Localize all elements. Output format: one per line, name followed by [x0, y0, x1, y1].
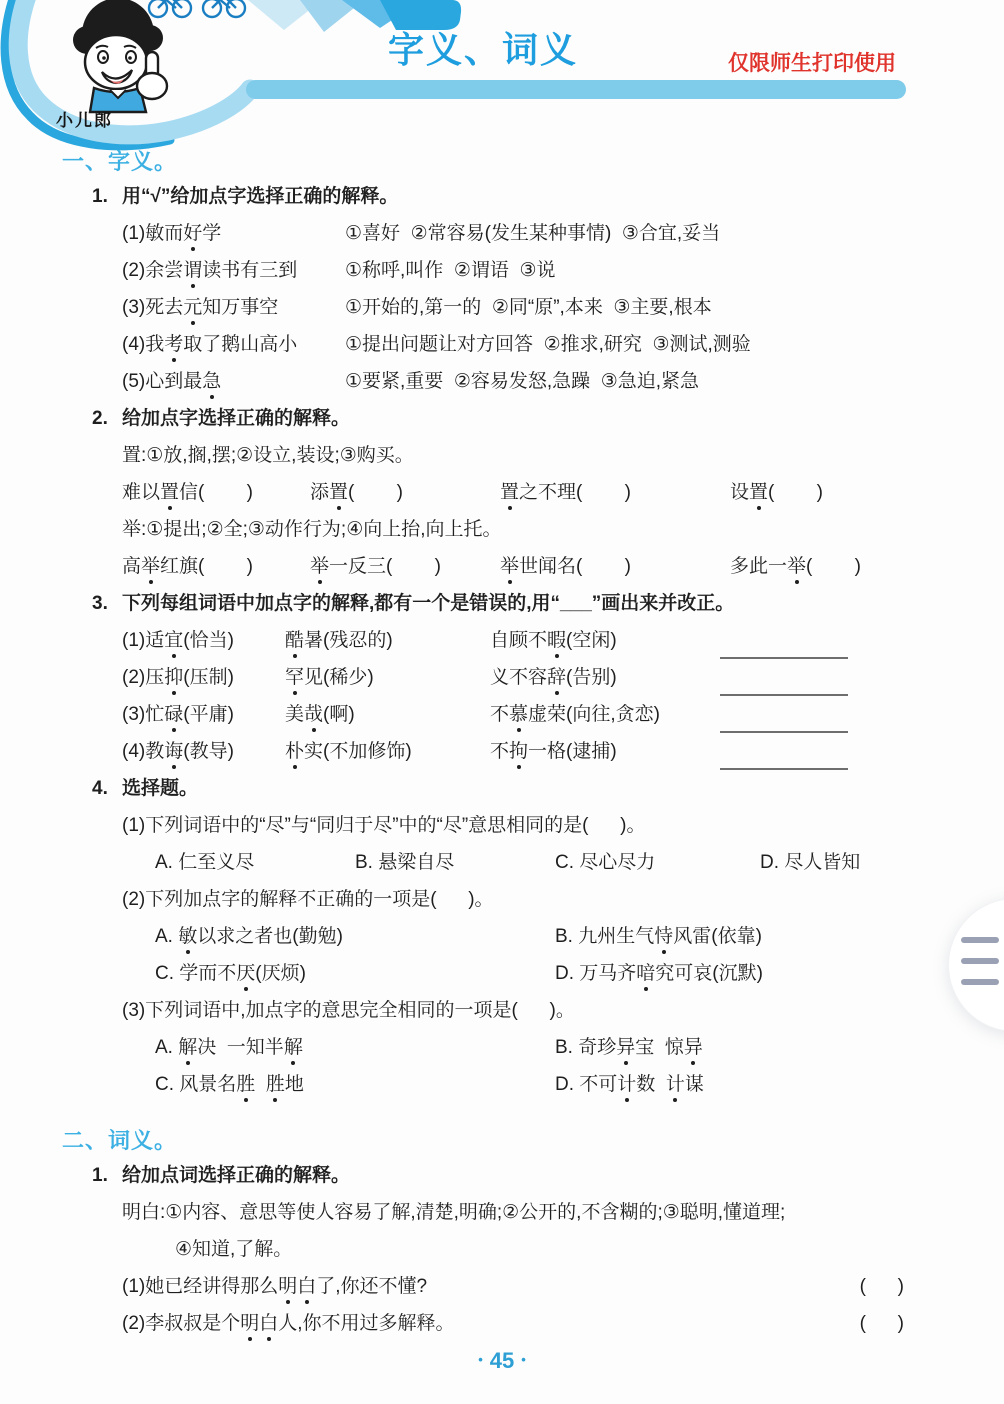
word-with-note: (2)压抑(压制): [122, 659, 285, 696]
emphasized-char: 解: [284, 1037, 303, 1058]
error-correction-row: (1)适宜(恰当)酷暑(残忍的)自顾不暇(空闲): [62, 622, 910, 659]
emphasized-char: 异: [616, 1037, 635, 1058]
emphasized-char: 辞: [547, 667, 566, 688]
definition-line: ④知道,了解。: [62, 1231, 910, 1268]
bicycle-icon: [149, 0, 245, 17]
exercise-item-row: (1)敏而好学①喜好 ②常容易(发生某种事情) ③合宜,妥当: [62, 215, 910, 252]
choice-options-row: C. 学而不厌(厌烦)D. 万马齐喑究可哀(沉默): [62, 955, 910, 992]
emphasized-char: 抑: [164, 667, 183, 688]
word-text: 举世闻名: [500, 556, 576, 577]
emphasized-char: 喑: [636, 963, 655, 984]
choice-question-stem: (2)下列加点字的解释不正确的一项是( )。: [62, 881, 910, 918]
answer-parentheses: ( ): [576, 556, 631, 577]
q3-item-list: (1)适宜(恰当)酷暑(残忍的)自顾不暇(空闲)(2)压抑(压制)罕见(稀少)义…: [62, 622, 910, 770]
question-title: 1.给加点词选择正确的解释。: [62, 1157, 910, 1194]
emphasized-char: 碌: [164, 704, 183, 725]
item-phrase: (5)心到最急: [122, 363, 345, 400]
answer-parentheses: ( ): [860, 1268, 904, 1305]
question-text: 给加点词选择正确的解释。: [122, 1157, 910, 1194]
correction-blank-line: [720, 626, 848, 659]
definition-line: 举:①提出;②全;③动作行为;④向上抬,向上托。: [62, 511, 910, 548]
answer-parentheses: ( ): [860, 1305, 904, 1342]
worksheet-page: 字义、词义 仅限师生打印使用 小儿郎 一、字义。 1.用“√”给加点字选择正确的…: [0, 0, 1004, 1404]
definition-line: 明白:①内容、意思等使人容易了解,清楚,明确;②公开的,不含糊的;③聪明,懂道理…: [62, 1194, 910, 1231]
choice-question-stem: (3)下列词语中,加点字的意思完全相同的一项是( )。: [62, 992, 910, 1029]
word-with-note: 不慕虚荣(向往,贪恋): [490, 696, 720, 733]
word-with-note: 美哉(啊): [285, 696, 490, 733]
emphasized-char: 厌: [236, 963, 255, 984]
emphasized-char: 考: [164, 334, 183, 355]
sentence-list: (1)她已经讲得那么明白了,你还不懂?( )(2)李叔叔是个明白人,你不用过多解…: [62, 1268, 910, 1342]
answer-parentheses: ( ): [806, 556, 861, 577]
emphasized-char: 举: [141, 556, 160, 577]
word-text: 添置: [310, 482, 348, 503]
emphasized-char: 酷: [285, 630, 304, 651]
question-number: 3.: [92, 585, 122, 622]
emphasized-char: 朴: [285, 741, 304, 762]
word-with-note: 自顾不暇(空闲): [490, 622, 720, 659]
section-heading: 二、词义。: [62, 1125, 910, 1157]
correction-blank-line: [720, 700, 848, 733]
emphasized-char: 白: [297, 1276, 316, 1297]
question-title: 1.用“√”给加点字选择正确的解释。: [62, 178, 910, 215]
question-3-block: 3.下列每组词语中加点字的解释,都有一个是错误的,用“___”画出来并改正。 (…: [62, 585, 910, 770]
question-number: 1.: [92, 178, 122, 215]
emphasized-char: 诲: [164, 741, 183, 762]
question-title: 2.给加点字选择正确的解释。: [62, 400, 910, 437]
item-phrase: (4)我考取了鹅山高小: [122, 326, 345, 363]
word-with-note: 不拘一格(逮捕): [490, 733, 720, 770]
emphasized-char: 胜: [236, 1074, 255, 1095]
emphasized-char: 谓: [183, 260, 202, 281]
choice-option: A. 敏以求之者也(勤勉): [155, 918, 555, 955]
section-word-character-meaning: 一、字义。 1.用“√”给加点字选择正确的解释。 (1)敏而好学①喜好 ②常容易…: [62, 146, 910, 1103]
definition-line: 置:①放,搁,摆;②设立,装设;③购买。: [62, 437, 910, 474]
word-with-note: 义不容辞(告别): [490, 659, 720, 696]
emphasized-char: 举: [787, 556, 806, 577]
page-number-value: 45: [490, 1348, 514, 1373]
word-text: 难以置信: [122, 482, 198, 503]
word-with-note: (3)忙碌(平庸): [122, 696, 285, 733]
item-options: ①要紧,重要 ②容易发怒,急躁 ③急迫,紧急: [345, 363, 910, 400]
item-options: ①称呼,叫作 ②谓语 ③说: [345, 252, 910, 289]
word-with-answer: 高举红旗( ): [122, 548, 310, 585]
word-with-note: 朴实(不加修饰): [285, 733, 490, 770]
answer-parentheses: ( ): [768, 482, 823, 503]
choice-options-row: C. 风景名胜 胜地D. 不可计数 计谋: [62, 1066, 910, 1103]
q4-subquestion-list: (1)下列词语中的“尽”与“同归于尽”中的“尽”意思相同的是( )。A. 仁至义…: [62, 807, 910, 1103]
emphasized-char: 计: [617, 1074, 636, 1095]
word-with-note: 酷暑(残忍的): [285, 622, 490, 659]
page-title: 字义、词义: [388, 22, 578, 73]
word-text: 举一反三: [310, 556, 386, 577]
question-1-block: 1.用“√”给加点字选择正确的解释。 (1)敏而好学①喜好 ②常容易(发生某种事…: [62, 178, 910, 400]
answer-parentheses: ( ): [386, 556, 441, 577]
q1-item-list: (1)敏而好学①喜好 ②常容易(发生某种事情) ③合宜,妥当(2)余尝谓读书有三…: [62, 215, 910, 400]
emphasized-char: 白: [259, 1313, 278, 1334]
question-number: 1.: [92, 1157, 122, 1194]
word-with-note: (1)适宜(恰当): [122, 622, 285, 659]
emphasized-char: 胜: [266, 1074, 285, 1095]
floating-menu-button[interactable]: [948, 898, 1004, 1032]
emphasized-char: 置: [160, 482, 179, 503]
word-choice-row: 高举红旗( )举一反三( )举世闻名( )多此一举( ): [62, 548, 910, 585]
answer-parentheses: ( ): [198, 482, 253, 503]
emphasized-char: 好: [183, 223, 202, 244]
choice-option: B. 悬梁自尽: [355, 844, 555, 881]
word-with-answer: 举一反三( ): [310, 548, 500, 585]
question-4-block: 4.选择题。 (1)下列词语中的“尽”与“同归于尽”中的“尽”意思相同的是( )…: [62, 770, 910, 1103]
word-with-answer: 置之不理( ): [500, 474, 730, 511]
emphasized-char: 元: [183, 297, 202, 318]
choice-option: C. 尽心尽力: [555, 844, 760, 881]
word-with-answer: 添置( ): [310, 474, 500, 511]
emphasized-char: 慕: [509, 704, 528, 725]
item-options: ①喜好 ②常容易(发生某种事情) ③合宜,妥当: [345, 215, 910, 252]
item-phrase: (2)余尝谓读书有三到: [122, 252, 345, 289]
exercise-item-row: (4)我考取了鹅山高小①提出问题让对方回答 ②推求,研究 ③测试,测验: [62, 326, 910, 363]
item-phrase: (3)死去元知万事空: [122, 289, 345, 326]
sentence-row: (2)李叔叔是个明白人,你不用过多解释。( ): [62, 1305, 910, 1342]
section-heading: 一、字义。: [62, 146, 910, 178]
emphasized-char: 恃: [654, 926, 673, 947]
word-with-answer: 多此一举( ): [730, 548, 910, 585]
emphasized-char: 举: [310, 556, 329, 577]
emphasized-char: 敏: [178, 926, 197, 947]
correction-blank-line: [720, 663, 848, 696]
choice-question-stem: (1)下列词语中的“尽”与“同归于尽”中的“尽”意思相同的是( )。: [62, 807, 910, 844]
word-text: 置之不理: [500, 482, 576, 503]
choice-options-row: A. 敏以求之者也(勤勉)B. 九州生气恃风雷(依靠): [62, 918, 910, 955]
emphasized-char: 宜: [164, 630, 183, 651]
header-rule-bar: [246, 80, 906, 99]
error-correction-row: (2)压抑(压制)罕见(稀少)义不容辞(告别): [62, 659, 910, 696]
emphasized-char: 拘: [509, 741, 528, 762]
sentence-text: (2)李叔叔是个明白人,你不用过多解释。: [122, 1305, 455, 1342]
question-title: 4.选择题。: [62, 770, 910, 807]
word-text: 高举红旗: [122, 556, 198, 577]
emphasized-char: 置: [500, 482, 519, 503]
question-2-block: 2.给加点字选择正确的解释。 置:①放,搁,摆;②设立,装设;③购买。 难以置信…: [62, 400, 910, 585]
page-number: •45•: [0, 1348, 1004, 1374]
emphasized-char: 罕: [285, 667, 304, 688]
word-text: 多此一举: [730, 556, 806, 577]
print-permission-notice: 仅限师生打印使用: [728, 47, 896, 77]
question-1-block: 1.给加点词选择正确的解释。 明白:①内容、意思等使人容易了解,清楚,明确;②公…: [62, 1157, 910, 1342]
question-text: 选择题。: [122, 770, 910, 807]
choice-option: A. 解决 一知半解: [155, 1029, 555, 1066]
choice-option: B. 奇珍异宝 惊异: [555, 1029, 910, 1066]
question-number: 2.: [92, 400, 122, 437]
item-options: ①开始的,第一的 ②同“原”,本来 ③主要,根本: [345, 289, 910, 326]
section-word-meaning: 二、词义。 1.给加点词选择正确的解释。 明白:①内容、意思等使人容易了解,清楚…: [62, 1125, 910, 1342]
word-with-note: 罕见(稀少): [285, 659, 490, 696]
error-correction-row: (3)忙碌(平庸)美哉(啊)不慕虚荣(向往,贪恋): [62, 696, 910, 733]
question-number: 4.: [92, 770, 122, 807]
page-number-dot: •: [514, 1352, 533, 1367]
emphasized-char: 急: [202, 371, 221, 392]
page-number-dot: •: [471, 1352, 490, 1367]
item-options: ①提出问题让对方回答 ②推求,研究 ③测试,测验: [345, 326, 910, 363]
choice-option: D. 不可计数 计谋: [555, 1066, 910, 1103]
emphasized-char: 异: [684, 1037, 703, 1058]
answer-parentheses: ( ): [198, 556, 253, 577]
emphasized-char: 置: [749, 482, 768, 503]
sentence-row: (1)她已经讲得那么明白了,你还不懂?( ): [62, 1268, 910, 1305]
error-correction-row: (4)教诲(教导)朴实(不加修饰)不拘一格(逮捕): [62, 733, 910, 770]
word-text: 设置: [730, 482, 768, 503]
emphasized-char: 暇: [547, 630, 566, 651]
mascot-name-label: 小儿郎: [56, 106, 113, 131]
worksheet-body: 一、字义。 1.用“√”给加点字选择正确的解释。 (1)敏而好学①喜好 ②常容易…: [62, 146, 910, 1342]
choice-option: D. 尽人皆知: [760, 844, 910, 881]
choice-option: B. 九州生气恃风雷(依靠): [555, 918, 910, 955]
choice-option: A. 仁至义尽: [155, 844, 355, 881]
question-text: 下列每组词语中加点字的解释,都有一个是错误的,用“___”画出来并改正。: [122, 585, 910, 622]
choice-option: C. 学而不厌(厌烦): [155, 955, 555, 992]
word-with-note: (4)教诲(教导): [122, 733, 285, 770]
choice-options-row: A. 解决 一知半解B. 奇珍异宝 惊异: [62, 1029, 910, 1066]
emphasized-char: 解: [178, 1037, 197, 1058]
answer-parentheses: ( ): [576, 482, 631, 503]
emphasized-char: 计: [666, 1074, 685, 1095]
answer-parentheses: ( ): [348, 482, 403, 503]
emphasized-char: 举: [500, 556, 519, 577]
sentence-text: (1)她已经讲得那么明白了,你还不懂?: [122, 1268, 427, 1305]
exercise-item-row: (3)死去元知万事空①开始的,第一的 ②同“原”,本来 ③主要,根本: [62, 289, 910, 326]
emphasized-char: 明: [278, 1276, 297, 1297]
question-text: 用“√”给加点字选择正确的解释。: [122, 178, 910, 215]
word-with-answer: 举世闻名( ): [500, 548, 730, 585]
emphasized-char: 明: [240, 1313, 259, 1334]
emphasized-char: 置: [329, 482, 348, 503]
word-with-answer: 难以置信( ): [122, 474, 310, 511]
emphasized-char: 哉: [304, 704, 323, 725]
question-title: 3.下列每组词语中加点字的解释,都有一个是错误的,用“___”画出来并改正。: [62, 585, 910, 622]
choice-option: D. 万马齐喑究可哀(沉默): [555, 955, 910, 992]
exercise-item-row: (2)余尝谓读书有三到①称呼,叫作 ②谓语 ③说: [62, 252, 910, 289]
exercise-item-row: (5)心到最急①要紧,重要 ②容易发怒,急躁 ③急迫,紧急: [62, 363, 910, 400]
correction-blank-line: [720, 737, 848, 770]
question-text: 给加点字选择正确的解释。: [122, 400, 910, 437]
item-phrase: (1)敏而好学: [122, 215, 345, 252]
word-with-answer: 设置( ): [730, 474, 910, 511]
choice-option: C. 风景名胜 胜地: [155, 1066, 555, 1103]
word-choice-row: 难以置信( )添置( )置之不理( )设置( ): [62, 474, 910, 511]
choice-options-row: A. 仁至义尽B. 悬梁自尽C. 尽心尽力D. 尽人皆知: [62, 844, 910, 881]
